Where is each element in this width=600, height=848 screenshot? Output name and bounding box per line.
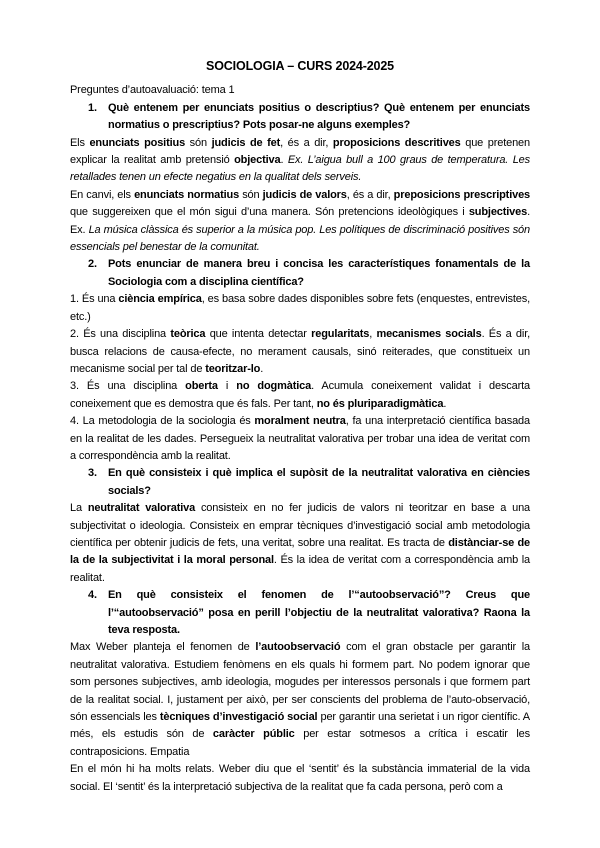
document-title: SOCIOLOGIA – CURS 2024-2025 [70,58,530,75]
text-run: objectiva [234,154,280,166]
text-run: En què consisteix i què implica el supòs… [108,467,530,496]
text-run: . [260,363,263,375]
paragraph: 2. És una disciplina teòrica que intenta… [70,326,530,378]
text-run: Què entenem per enunciats positius o des… [108,102,530,131]
document-page: SOCIOLOGIA – CURS 2024-2025 Preguntes d’… [0,0,600,848]
text-run: són [239,189,263,201]
text-run: , és a dir, [347,189,394,201]
text-run: Els [70,137,89,149]
text-run: neutralitat valorativa [88,502,195,514]
document-subtitle: Preguntes d’autoavaluació: tema 1 [70,82,530,99]
paragraph: Els enunciats positius són judicis de fe… [70,135,530,187]
question-item: 2.Pots enunciar de manera breu i concisa… [70,256,530,291]
text-run: En el món hi ha molts relats. Weber diu … [70,763,530,792]
paragraph: En canvi, els enunciats normatius són ju… [70,187,530,257]
question-item: 3.En què consisteix i què implica el sup… [70,465,530,500]
text-run: , és a dir, [280,137,333,149]
question-number: 1. [88,100,97,117]
paragraph: 4. La metodologia de la sociologia és mo… [70,413,530,465]
text-run: 2. És una disciplina [70,328,170,340]
text-run: tècniques d’investigació social [160,711,318,723]
text-run: La música clàssica és superior a la músi… [70,224,530,253]
text-run: . [443,398,446,410]
text-run: Max Weber planteja el fenomen de [70,641,255,653]
text-run: caràcter públic [213,728,295,740]
text-run: En què consisteix el fenomen de l’“autoo… [108,589,530,636]
text-run: mecanismes socials [376,328,481,340]
text-run: són [185,137,212,149]
question-number: 4. [88,587,97,604]
text-run: 4. La metodologia de la sociologia és [70,415,254,427]
text-run: l’autoobservació [255,641,340,653]
text-run: enunciats normatius [134,189,239,201]
text-run: ciència empírica [118,293,201,305]
text-run: teoritzar-lo [205,363,260,375]
text-run: enunciats positius [89,137,185,149]
text-run: Pots enunciar de manera breu i concisa l… [108,258,530,287]
text-run: 1. És una [70,293,118,305]
text-run: 3. És una disciplina [70,380,185,392]
question-number: 3. [88,465,97,482]
text-run: oberta [185,380,218,392]
text-run: moralment neutra [254,415,345,427]
text-run: . [280,154,287,166]
text-run: subjectives [469,206,527,218]
text-run: no és pluriparadigmàtica [317,398,444,410]
paragraph: 1. És una ciència empírica, es basa sobr… [70,291,530,326]
document-blocks: 1.Què entenem per enunciats positius o d… [70,100,530,796]
text-run: judicis de fet [212,137,281,149]
paragraph: La neutralitat valorativa consisteix en … [70,500,530,587]
question-item: 1.Què entenem per enunciats positius o d… [70,100,530,135]
paragraph: Max Weber planteja el fenomen de l’autoo… [70,639,530,761]
text-run: que suggereixen que el món sigui d’una m… [70,206,469,218]
paragraph: 3. És una disciplina oberta i no dogmàti… [70,378,530,413]
text-run: que intenta detectar [205,328,311,340]
text-run: En canvi, els [70,189,134,201]
text-run: teòrica [170,328,205,340]
text-run: regularitats [311,328,369,340]
text-run: judicis de valors [263,189,347,201]
text-run: no dogmàtica [236,380,311,392]
paragraph: En el món hi ha molts relats. Weber diu … [70,761,530,796]
text-run: i [218,380,236,392]
text-run: La [70,502,88,514]
question-item: 4.En què consisteix el fenomen de l’“aut… [70,587,530,639]
text-run: preposicions prescriptives [394,189,530,201]
question-number: 2. [88,256,97,273]
text-run: proposicions descritives [333,137,461,149]
